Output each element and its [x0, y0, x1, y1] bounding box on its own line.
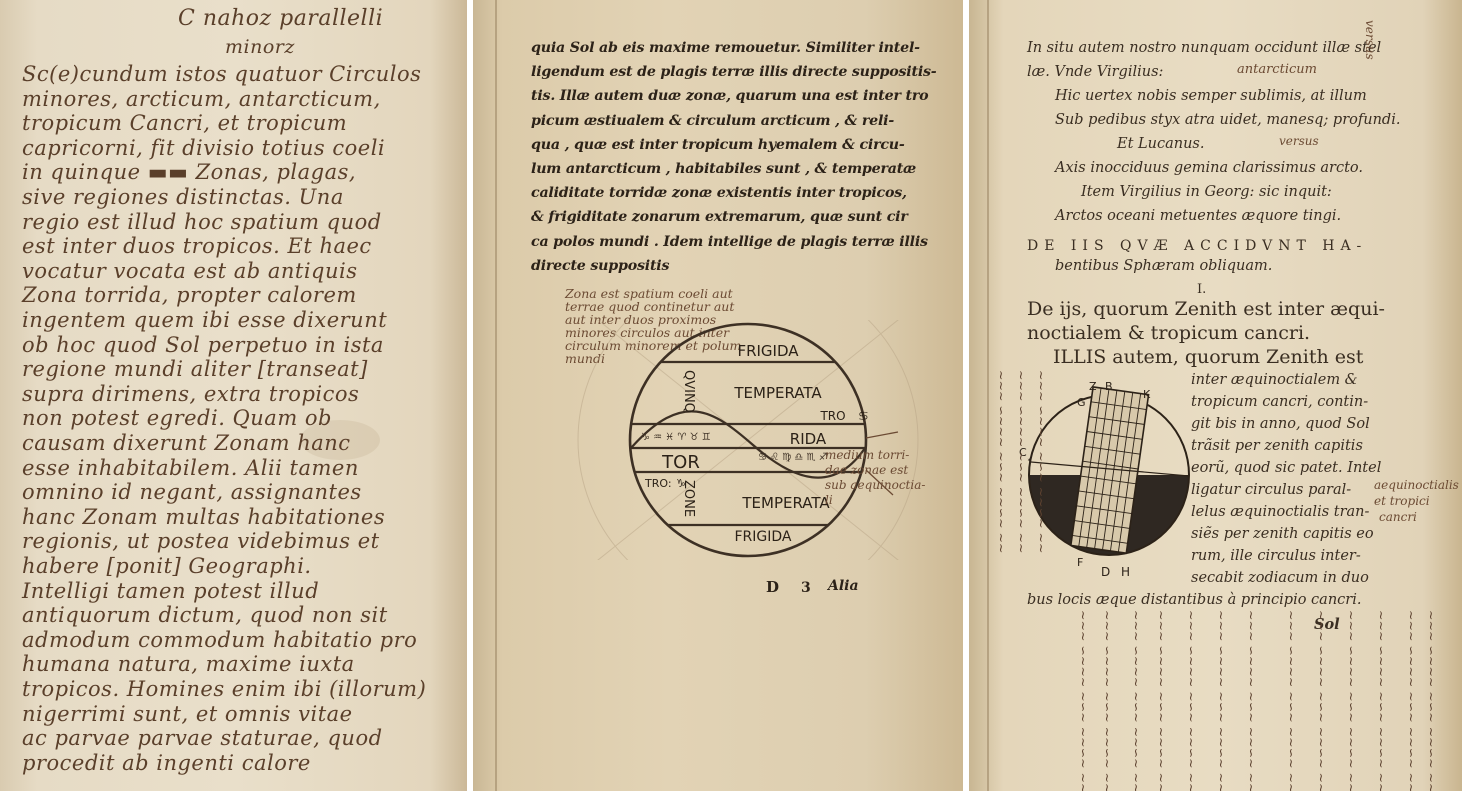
- manuscript-line: tropicos. Homines enim ibi (illorum): [22, 677, 426, 701]
- diagram-label-k: K: [1143, 388, 1151, 401]
- verse-line: læ. Vnde Virgilius:: [1027, 64, 1163, 80]
- verse-line: Item Virgilius in Georg: sic inquit:: [1081, 184, 1332, 200]
- signature-number: 3: [801, 580, 811, 596]
- vertical-handwriting-column: ∼∼∼ ∽∼∼∼ ∼∽∼ ∼∼∽∼ ∼∼: [994, 370, 1009, 553]
- vertical-label-quinq: QVINQ: [681, 370, 696, 413]
- verse-line: Et Lucanus.: [1117, 136, 1204, 152]
- manuscript-line: omnino id negant, assignantes: [22, 480, 362, 504]
- vertical-handwriting-column: ∼∼∼ ∽∼∼∼ ∼∽∼ ∼∼∽∼ ∼∼: [1284, 610, 1299, 791]
- printed-line: picum æstiualem & circulum arcticum , & …: [531, 113, 894, 129]
- vertical-handwriting-column: ∼∼∼ ∽∼∼∼ ∼∽∼ ∼∼∽∼ ∼∼: [1214, 610, 1229, 791]
- manuscript-line: in quinque ▬▬ Zonas, plagas,: [22, 160, 356, 184]
- band-temperata-bottom: TEMPERATA: [741, 494, 830, 512]
- body-line: lelus æquinoctialis tran-: [1191, 504, 1369, 520]
- manuscript-line: est inter duos tropicos. Et haec: [22, 234, 372, 258]
- manuscript-line: tropicum Cancri, et tropicum: [22, 111, 347, 135]
- manuscript-line: ac parvae parvae staturae, quod: [22, 726, 383, 750]
- printed-line: lum antarcticum , habitabiles sunt , & t…: [531, 161, 916, 177]
- annotation-line: dae zonae est: [825, 463, 908, 477]
- printed-page-zones: quia Sol ab eis maxime remouetur. Simili…: [473, 0, 963, 791]
- manuscript-line: ob hoc quod Sol perpetuo in ista: [22, 333, 384, 357]
- vertical-handwriting-column: ∼∼∼ ∽∼∼∼ ∼∽∼ ∼∼∽∼ ∼∼: [1154, 610, 1169, 791]
- verse-line: Arctos oceani metuentes æquore tingi.: [1055, 208, 1341, 224]
- margin-note-side: cancri: [1379, 510, 1417, 524]
- vertical-handwriting-column: ∼∼∼ ∽∼∼∼ ∼∽∼ ∼∼∽∼ ∼∼: [1424, 610, 1439, 791]
- manuscript-line: esse inhabitabilem. Alii tamen: [22, 456, 359, 480]
- vertical-handwriting-column: ∼∼∼ ∽∼∼∼ ∼∽∼ ∼∼∽∼ ∼∼: [1244, 610, 1259, 791]
- printed-line: tis. Illæ autem duæ zonæ, quarum una est…: [531, 88, 928, 104]
- manuscript-line: vocatur vocata est ab antiquis: [22, 259, 358, 283]
- manuscript-line: regione mundi aliter [transeat]: [22, 357, 368, 381]
- zodiac-signs-upper: ♑ ♒ ♓ ♈ ♉ ♊: [641, 432, 711, 443]
- diagram-label-z: Z: [1089, 380, 1097, 393]
- vertical-handwriting-column: ∼∼∼ ∽∼∼∼ ∼∽∼ ∼∼∽∼ ∼∼: [1100, 610, 1115, 791]
- band-tropic-bottom: TRO:: [644, 477, 672, 490]
- diagram-label-f: F: [1077, 556, 1083, 569]
- body-line: inter æquinoctialem &: [1191, 372, 1358, 388]
- printed-line: ca polos mundi . Idem intellige de plagi…: [531, 234, 928, 250]
- manuscript-page: C nahoz parallelli minorz Sc(e)cundum is…: [0, 0, 467, 791]
- verse-line: In situ autem nostro nunquam occidunt il…: [1027, 40, 1381, 56]
- manuscript-heading-line: minorz: [225, 36, 295, 58]
- manuscript-line: Intelligi tamen potest illud: [22, 579, 319, 603]
- vertical-handwriting-column: ∼∼∼ ∽∼∼∼ ∼∽∼ ∼∼∽∼ ∼∼: [1014, 370, 1029, 553]
- page-fold-line: [987, 0, 989, 791]
- manuscript-line: nigerrimi sunt, et omnis vitae: [22, 702, 353, 726]
- margin-note-antarcticum: antarcticum: [1237, 62, 1317, 77]
- manuscript-line: minores, arcticum, antarcticum,: [22, 87, 381, 111]
- annotation-line: li: [825, 493, 833, 507]
- band-torrida-right: RIDA: [790, 430, 827, 448]
- band-temperata-top: TEMPERATA: [733, 384, 822, 402]
- annotation-line: medium torri-: [825, 448, 909, 462]
- manuscript-line: capricorni, fit divisio totius coeli: [22, 136, 385, 160]
- body-line: rum, ille circulus inter-: [1191, 548, 1361, 564]
- body-lead-line: ILLIS autem, quorum Zenith est: [1053, 346, 1363, 368]
- vertical-handwriting-column: ∼∼∼ ∽∼∼∼ ∼∽∼ ∼∼∽∼ ∼∼: [1374, 610, 1389, 791]
- printed-line: directe suppositis: [531, 258, 669, 274]
- body-line: secabit zodiacum in duo: [1191, 570, 1369, 586]
- band-frigida-top: FRIGIDA: [737, 342, 799, 360]
- diagram-label-h: H: [1121, 565, 1130, 579]
- body-line: tropicum cancri, contin-: [1191, 394, 1368, 410]
- manuscript-line: hanc Zonam multas habitationes: [22, 505, 385, 529]
- manuscript-line: antiquorum dictum, quod non sit: [22, 603, 388, 627]
- printed-page-sphere: In situ autem nostro nunquam occidunt il…: [969, 0, 1462, 791]
- manuscript-line: non potest egredi. Quam ob: [22, 406, 332, 430]
- printed-line: ligendum est de plagis terræ illis direc…: [531, 64, 937, 80]
- band-frigida-bottom: FRIGIDA: [735, 529, 792, 545]
- body-line: trãsit per zenith capitis: [1191, 438, 1363, 454]
- diagram-label-g: G: [1077, 396, 1086, 409]
- section-number: I.: [1197, 282, 1206, 297]
- diagram-label-d: D: [1101, 565, 1110, 579]
- zodiac-signs-lower: ♋ ♌ ♍ ♎ ♏ ♐: [758, 452, 828, 463]
- vertical-handwriting-column: ∼∼∼ ∽∼∼∼ ∼∽∼ ∼∼∽∼ ∼∼: [1076, 610, 1091, 791]
- annotation-line: sub aequinoctia-: [825, 478, 925, 492]
- verse-line: Sub pedibus styx atra uidet, manesq; pro…: [1055, 112, 1400, 128]
- manuscript-line: Sc(e)cundum istos quatuor Circulos: [22, 62, 421, 86]
- vertical-handwriting-column: ∼∼∼ ∽∼∼∼ ∼∽∼ ∼∼∽∼ ∼∼: [1404, 610, 1419, 791]
- zone-diagram: FRIGIDA TEMPERATA TRO ♋ RIDA TOR TRO: ♑ …: [553, 320, 953, 560]
- band-torrida-left: TOR: [661, 452, 700, 473]
- margin-note-versus: versus: [1363, 20, 1377, 60]
- manuscript-heading-line: C nahoz parallelli: [178, 6, 383, 31]
- manuscript-line: Zona torrida, propter calorem: [22, 283, 357, 307]
- printed-line: & frigiditate zonarum extremarum, quæ su…: [531, 209, 908, 225]
- vertical-handwriting-column: ∼∼∼ ∽∼∼∼ ∼∽∼ ∼∼∽∼ ∼∼: [1344, 610, 1359, 791]
- verse-line: Hic uertex nobis semper sublimis, at ill…: [1055, 88, 1367, 104]
- body-line: siẽs per zenith capitis eo: [1191, 526, 1374, 542]
- section-heading-cont: bentibus Sphæram obliquam.: [1055, 258, 1272, 274]
- chapter-heading-cont: noctialem & tropicum cancri.: [1027, 322, 1310, 344]
- catchword: Alia: [828, 578, 859, 594]
- margin-note-versus-2: versus: [1279, 134, 1319, 148]
- page-fold-line: [495, 0, 497, 791]
- diagram-label-b: B: [1105, 380, 1113, 393]
- band-tropic-top: TRO: [819, 409, 845, 423]
- tropic-sign-top: ♋: [858, 409, 869, 423]
- printed-line: quia Sol ab eis maxime remouetur. Simili…: [531, 40, 920, 56]
- vertical-label-zone: ZONE: [681, 480, 696, 517]
- signature-mark: D: [766, 578, 779, 596]
- vertical-handwriting-column: ∼∼∼ ∽∼∼∼ ∼∽∼ ∼∼∽∼ ∼∼: [1184, 610, 1199, 791]
- chapter-heading: De ijs, quorum Zenith est inter æqui-: [1027, 298, 1385, 320]
- body-last-line: bus locis æque distantibus à principio c…: [1027, 592, 1361, 608]
- vertical-handwriting-column: ∼∼∼ ∽∼∼∼ ∼∽∼ ∼∼∽∼ ∼∼: [1314, 610, 1329, 791]
- manuscript-line: humana natura, maxime iuxta: [22, 652, 355, 676]
- manuscript-line: regio est illud hoc spatium quod: [22, 210, 382, 234]
- margin-note-side: aequinoctialis: [1374, 478, 1459, 492]
- manuscript-line: sive regiones distinctas. Una: [22, 185, 344, 209]
- vertical-handwriting-column: ∼∼∼ ∽∼∼∼ ∼∽∼ ∼∼∽∼ ∼∼: [1034, 370, 1049, 553]
- vertical-handwriting-column: ∼∼∼ ∽∼∼∼ ∼∽∼ ∼∼∽∼ ∼∼: [1129, 610, 1144, 791]
- manuscript-line: supra dirimens, extra tropicos: [22, 382, 359, 406]
- body-line: git bis in anno, quod Sol: [1191, 416, 1370, 432]
- margin-note-side: et tropici: [1374, 494, 1430, 508]
- section-heading: DE IIS QVÆ ACCIDVNT HA-: [1027, 238, 1367, 254]
- body-line: ligatur circulus paral-: [1191, 482, 1351, 498]
- printed-line: qua , quæ est inter tropicum hyemalem & …: [531, 137, 905, 153]
- printed-line: caliditate torridæ zonæ existentis inter…: [531, 185, 907, 201]
- verse-line: Axis inocciduus gemina clarissimus arcto…: [1055, 160, 1363, 176]
- manuscript-line: ingentem quem ibi esse dixerunt: [22, 308, 387, 332]
- manuscript-line: procedit ab ingenti calore: [22, 751, 311, 775]
- manuscript-line: habere [ponit] Geographi.: [22, 554, 312, 578]
- manuscript-line: causam dixerunt Zonam hanc: [22, 431, 351, 455]
- manuscript-line: regionis, ut postea videbimus et: [22, 529, 380, 553]
- body-line: eorũ, quod sic patet. Intel: [1191, 460, 1381, 476]
- manuscript-line: admodum commodum habitatio pro: [22, 628, 417, 652]
